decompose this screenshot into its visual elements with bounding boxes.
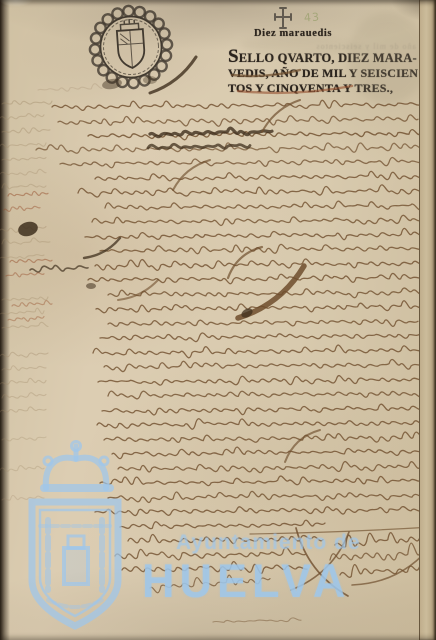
ink-blot bbox=[86, 283, 96, 289]
handwriting-ink-layer bbox=[0, 0, 436, 640]
notarial-seal-stamp bbox=[87, 3, 175, 91]
ghost-seal-offset bbox=[348, 12, 428, 104]
manuscript-scan-page: 43 Diez marauedis año de mil y seiscient… bbox=[0, 0, 436, 640]
ink-blot bbox=[101, 77, 122, 90]
ghost-print-offset bbox=[240, 36, 360, 56]
ink-blot bbox=[143, 76, 157, 84]
page-edge bbox=[419, 0, 436, 640]
ink-blot bbox=[17, 220, 40, 239]
